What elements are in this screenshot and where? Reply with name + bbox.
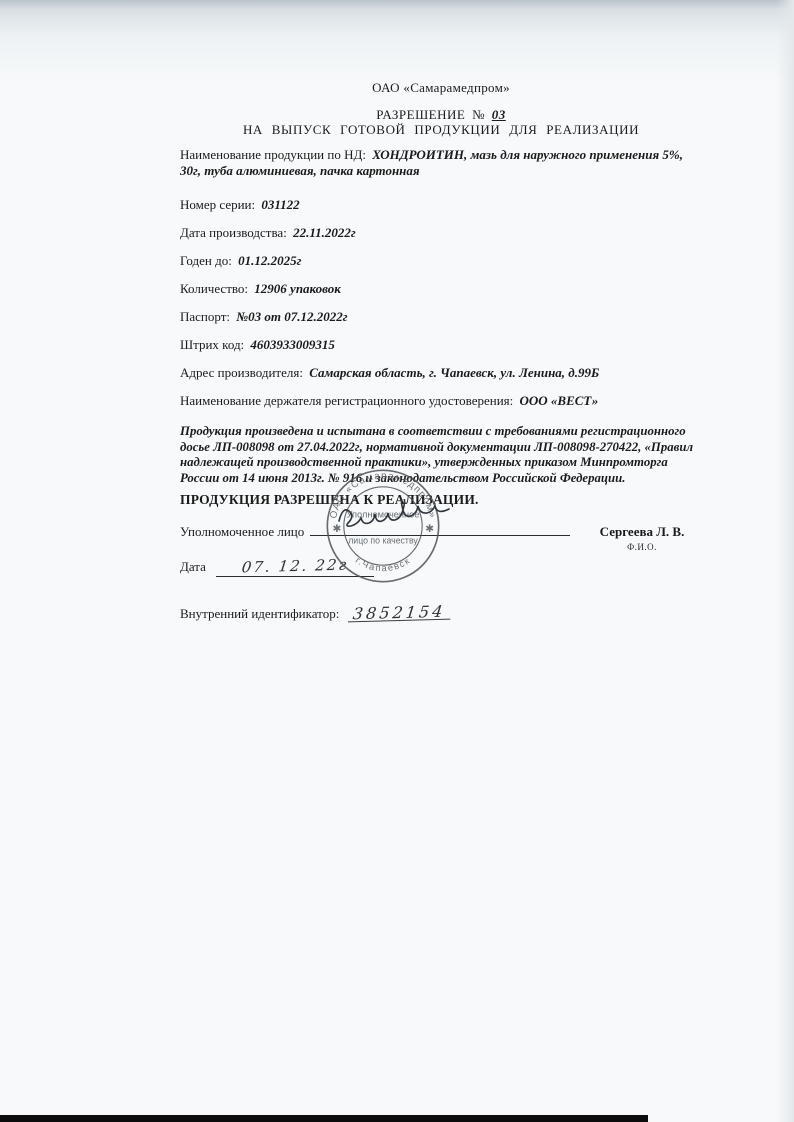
field-production-date: Дата производства: 22.11.2022г (180, 225, 702, 241)
field-series-number: Номер серии: 031122 (180, 197, 702, 213)
handwritten-internal-id: 3852154 (347, 604, 451, 623)
field-label: Паспорт: (180, 309, 230, 324)
fio-block: Сергеева Л. В. Ф.И.О. (582, 524, 702, 555)
title-prefix: РАЗРЕШЕНИЕ № (376, 107, 485, 122)
field-value: №03 от 07.12.2022г (236, 309, 347, 324)
field-registration-holder: Наименование держателя регистрационного … (180, 393, 702, 409)
scan-artifact-right-shadow (776, 0, 794, 1122)
field-value: 22.11.2022г (293, 225, 356, 240)
scan-artifact-top-shadow (0, 0, 794, 80)
internal-id-label: Внутренний идентификатор: (180, 606, 339, 621)
internal-id-row: Внутренний идентификатор: 3852154 (180, 605, 702, 621)
field-quantity: Количество: 12906 упаковок (180, 281, 702, 297)
field-value: 12906 упаковок (254, 281, 341, 296)
field-value: ООО «ВЕСТ» (520, 393, 599, 408)
field-manufacturer-address: Адрес производителя: Самарская область, … (180, 365, 702, 381)
date-label: Дата (180, 559, 206, 574)
fio-value: Сергеева Л. В. (600, 524, 685, 539)
field-passport: Паспорт: №03 от 07.12.2022г (180, 309, 702, 325)
field-expiry-date: Годен до: 01.12.2025г (180, 253, 702, 269)
field-label: Наименование продукции по НД: (180, 147, 366, 162)
field-value: 031122 (261, 197, 299, 212)
field-value: 4603933009315 (250, 337, 335, 352)
field-label: Номер серии: (180, 197, 255, 212)
handwritten-signature (333, 499, 457, 531)
field-label: Наименование держателя регистрационного … (180, 393, 513, 408)
field-value: Самарская область, г. Чапаевск, ул. Лени… (309, 365, 599, 380)
field-label: Адрес производителя: (180, 365, 303, 380)
svg-text:г.Чапаевск: г.Чапаевск (354, 555, 413, 573)
signature-stroke (339, 499, 449, 526)
fio-label: Ф.И.О. (582, 540, 702, 555)
organization-name: ОАО «Самарамедпром» (180, 80, 702, 95)
stamp-center-line2: лицо по качеству (348, 536, 418, 546)
field-product-name: Наименование продукции по НД: ХОНДРОИТИН… (180, 147, 702, 179)
field-label: Штрих код: (180, 337, 244, 352)
stamp-ring-text-bottom: г.Чапаевск (354, 555, 413, 573)
authorized-person-label: Уполномоченное лицо (180, 524, 304, 539)
field-label: Дата производства: (180, 225, 287, 240)
document-subtitle: НА ВЫПУСК ГОТОВОЙ ПРОДУКЦИИ ДЛЯ РЕАЛИЗАЦ… (180, 122, 702, 137)
field-label: Количество: (180, 281, 248, 296)
scan-artifact-bottom-strip (0, 1115, 648, 1122)
scanned-document-page: ОАО «Самарамедпром» РАЗРЕШЕНИЕ № 03 НА В… (0, 0, 794, 1122)
document-title: РАЗРЕШЕНИЕ № 03 (180, 107, 702, 122)
permit-number: 03 (492, 107, 506, 122)
field-value: 01.12.2025г (238, 253, 301, 268)
field-label: Годен до: (180, 253, 232, 268)
field-barcode: Штрих код: 4603933009315 (180, 337, 702, 353)
